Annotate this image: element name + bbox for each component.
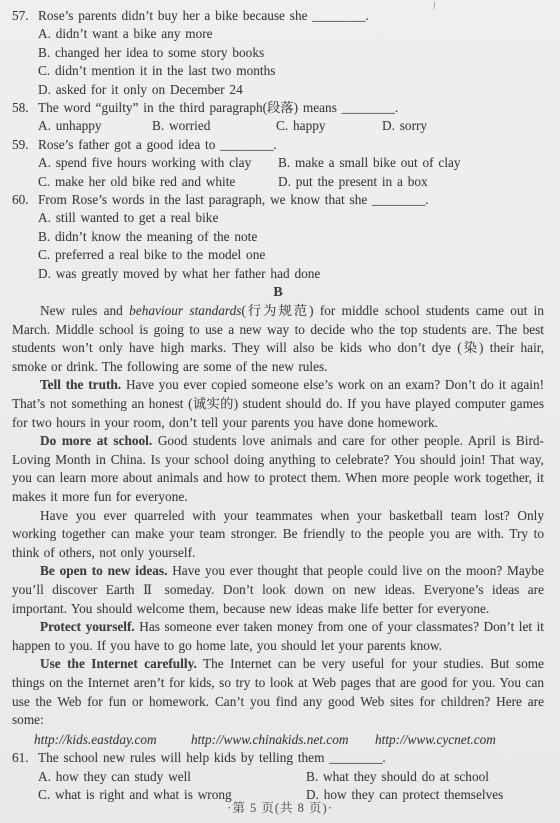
question-59: 59. Rose’s father got a good idea to ___… [12, 136, 544, 191]
question-58: 58. The word “guilty” in the third parag… [12, 99, 544, 136]
question-58-option-c: C. happy [276, 117, 382, 135]
question-58-option-d: D. sorry [382, 117, 427, 135]
paragraph-lead: Be open to new ideas. [40, 563, 167, 578]
scanned-exam-page: 57. Rose’s parents didn’t buy her a bike… [0, 0, 560, 823]
question-58-stem: 58. The word “guilty” in the third parag… [12, 99, 544, 117]
question-59-stem: 59. Rose’s father got a good idea to ___… [12, 136, 544, 154]
question-57: 57. Rose’s parents didn’t buy her a bike… [12, 7, 544, 99]
url-kids-eastday: http://kids.eastday.com [34, 730, 191, 750]
question-59-option-c: C. make her old bike red and white [38, 173, 278, 191]
question-61-option-a: A. how they can study well [38, 768, 306, 786]
question-59-options-row-2: C. make her old bike red and white D. pu… [38, 173, 544, 191]
italic-term: behaviour standards [129, 303, 241, 318]
question-58-options: A. unhappy B. worried C. happy D. sorry [38, 117, 544, 135]
question-stem-text: The word “guilty” in the third paragraph… [38, 99, 544, 117]
question-61-options-row-1: A. how they can study well B. what they … [38, 768, 544, 786]
question-57-stem: 57. Rose’s parents didn’t buy her a bike… [12, 7, 544, 25]
passage-section-label: B [12, 283, 544, 302]
question-60-option-b: B. didn’t know the meaning of the note [38, 228, 544, 246]
passage-paragraph-6: Protect yourself. Has someone ever taken… [12, 618, 544, 655]
passage-paragraph-1: New rules and behaviour standards(行为规范) … [12, 302, 544, 376]
question-number: 59. [12, 136, 38, 154]
paragraph-lead: Do more at school. [40, 433, 152, 448]
question-61-option-b: B. what they should do at school [306, 768, 489, 786]
question-59-option-d: D. put the present in a box [278, 173, 428, 191]
passage-paragraph-4: Have you ever quarreled with your teamma… [12, 507, 544, 563]
question-60-option-c: C. preferred a real bike to the model on… [38, 246, 544, 264]
question-57-option-a: A. didn’t want a bike any more [38, 25, 544, 43]
paragraph-lead: Use the Internet carefully. [40, 656, 197, 671]
question-stem-text: From Rose’s words in the last paragraph,… [38, 191, 544, 209]
question-60-option-a: A. still wanted to get a real bike [38, 209, 544, 227]
url-chinakids: http://www.chinakids.net.com [191, 730, 375, 750]
passage-paragraph-5: Be open to new ideas. Have you ever thou… [12, 562, 544, 618]
passage-paragraph-2: Tell the truth. Have you ever copied som… [12, 376, 544, 432]
passage-paragraph-3: Do more at school. Good students love an… [12, 432, 544, 506]
question-stem-text: Rose’s parents didn’t buy her a bike bec… [38, 7, 544, 25]
question-57-option-c: C. didn’t mention it in the last two mon… [38, 62, 544, 80]
question-60-stem: 60. From Rose’s words in the last paragr… [12, 191, 544, 209]
question-number: 60. [12, 191, 38, 209]
paragraph-lead: Tell the truth. [40, 377, 121, 392]
question-stem-text: Rose’s father got a good idea to _______… [38, 136, 544, 154]
question-stem-text: The school new rules will help kids by t… [38, 749, 544, 767]
question-60-option-d: D. was greatly moved by what her father … [38, 265, 544, 283]
website-list: http://kids.eastday.com http://www.china… [34, 730, 544, 750]
passage-paragraph-7: Use the Internet carefully. The Internet… [12, 655, 544, 729]
question-57-option-d: D. asked for it only on December 24 [38, 81, 544, 99]
question-number: 57. [12, 7, 38, 25]
question-59-options-row-1: A. spend five hours working with clay B.… [38, 154, 544, 172]
url-cycnet: http://www.cycnet.com [375, 730, 496, 750]
paragraph-lead: Protect yourself. [40, 619, 135, 634]
paragraph-text: New rules and [40, 303, 129, 318]
question-57-option-b: B. changed her idea to some story books [38, 44, 544, 62]
question-61: 61. The school new rules will help kids … [12, 749, 544, 804]
question-58-option-a: A. unhappy [38, 117, 152, 135]
question-60: 60. From Rose’s words in the last paragr… [12, 191, 544, 283]
question-59-option-b: B. make a small bike out of clay [278, 154, 461, 172]
question-number: 61. [12, 749, 38, 767]
question-number: 58. [12, 99, 38, 117]
question-59-option-a: A. spend five hours working with clay [38, 154, 278, 172]
page-footer: ·第 5 页(共 8 页)· [0, 798, 560, 816]
question-58-option-b: B. worried [152, 117, 276, 135]
question-61-stem: 61. The school new rules will help kids … [12, 749, 544, 767]
paragraph-text: Have you ever quarreled with your teamma… [12, 508, 544, 560]
